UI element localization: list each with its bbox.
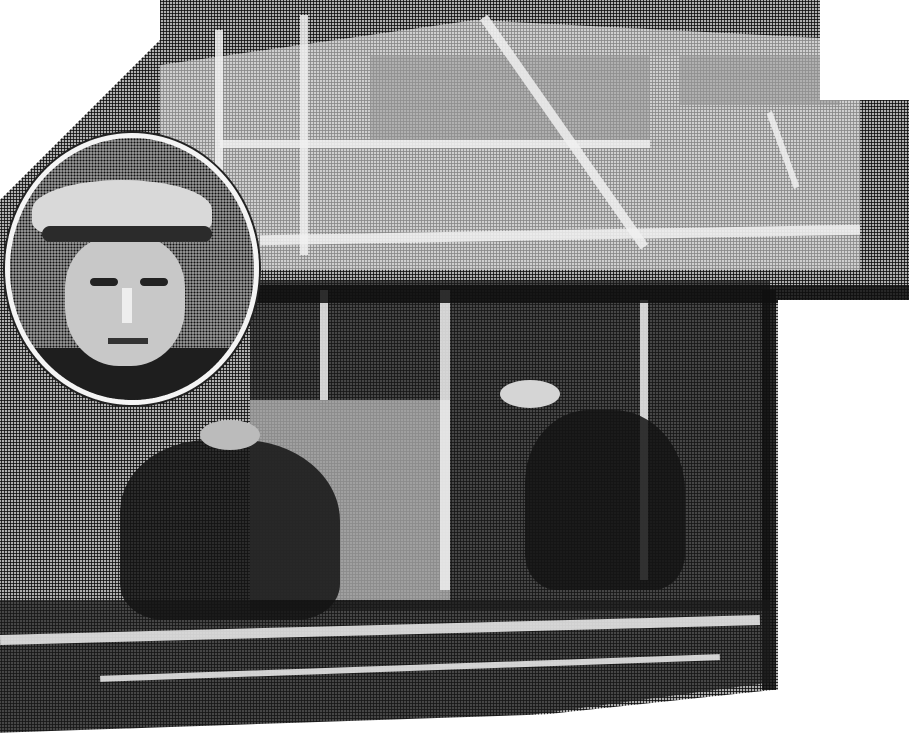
cab-post bbox=[440, 290, 450, 590]
paper-margin bbox=[820, 0, 909, 100]
worker-right-cap bbox=[500, 380, 560, 408]
vehicle-window-row bbox=[370, 55, 650, 140]
portrait-eye bbox=[90, 278, 118, 286]
portrait-cap-brim bbox=[42, 226, 212, 242]
worker-left-cap bbox=[200, 420, 260, 450]
vehicle-frame-rail bbox=[220, 140, 650, 148]
vehicle-frame-post bbox=[300, 15, 308, 255]
portrait-mouth bbox=[108, 338, 148, 344]
vehicle-window-right bbox=[680, 55, 840, 105]
cab-post bbox=[320, 290, 328, 400]
worker-right bbox=[525, 410, 685, 590]
worker-left bbox=[120, 440, 340, 620]
paper-margin bbox=[778, 300, 909, 751]
portrait-eye bbox=[140, 278, 168, 286]
portrait-nose bbox=[122, 288, 132, 323]
inset-portrait bbox=[5, 133, 259, 405]
